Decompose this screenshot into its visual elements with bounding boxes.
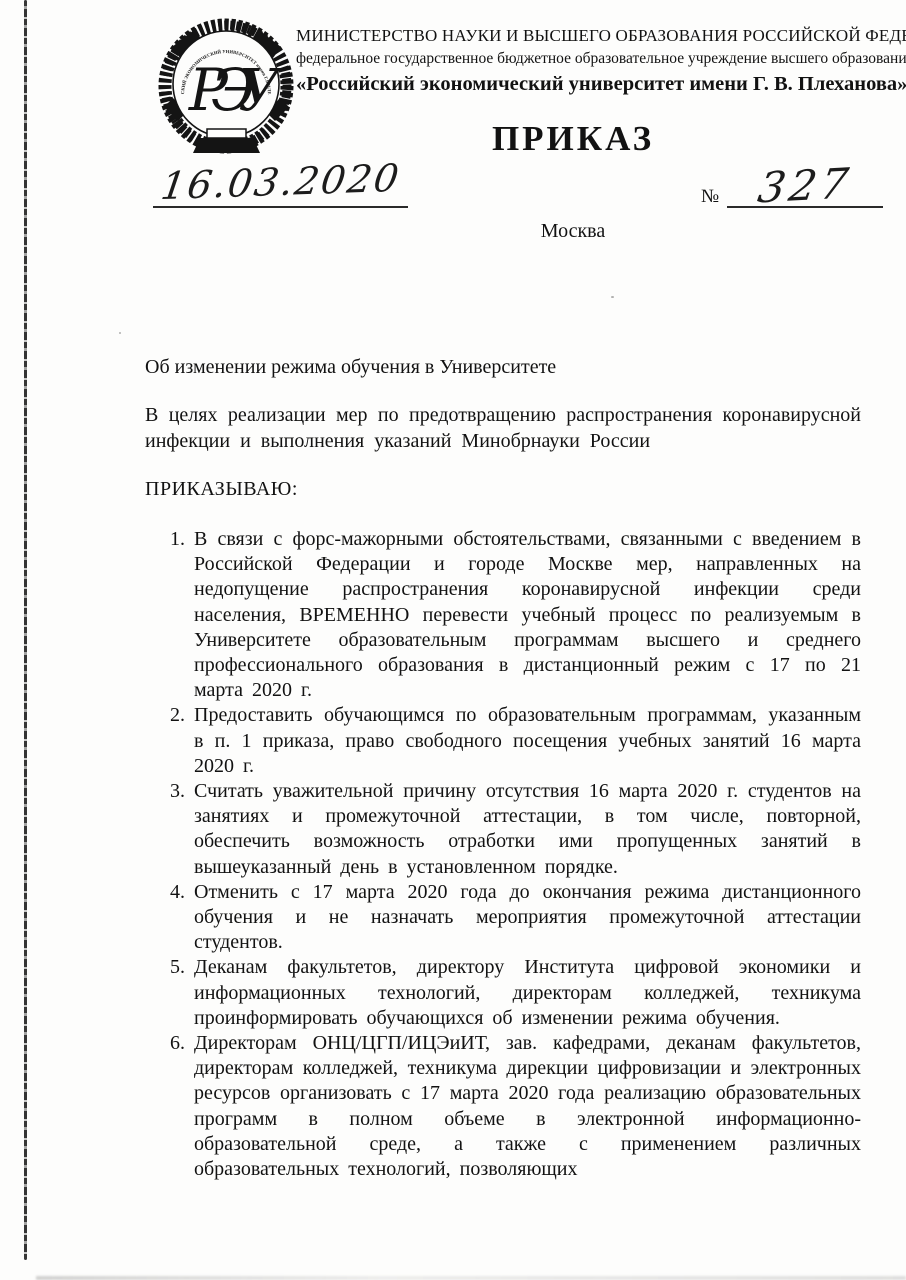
order-list: В связи с форс-мажорными обстоятельствам…	[145, 527, 861, 1182]
order-item-5: Деканам факультетов, директору Института…	[194, 955, 861, 1031]
scanned-order-page: РОССИЙСКИЙ ЭКОНОМИЧЕСКИЙ УНИВЕРСИТЕТ име…	[0, 0, 906, 1280]
university-name-line: «Российский экономический университет им…	[296, 73, 906, 96]
order-items-section: В связи с форс-мажорными обстоятельствам…	[145, 527, 861, 1182]
scan-bottom-artifact	[36, 1276, 906, 1280]
order-item-3: Считать уважительной причину отсутствия …	[194, 779, 861, 880]
preamble-text: В целях реализации мер по предотвращению…	[145, 403, 861, 454]
letterhead: МИНИСТЕРСТВО НАУКИ И ВЫСШЕГО ОБРАЗОВАНИЯ…	[296, 26, 906, 96]
order-item-2: Предоставить обучающимся по образователь…	[194, 703, 861, 779]
scan-speck	[119, 332, 121, 334]
handwritten-date: 16.03.2020	[158, 156, 403, 208]
ministry-line: МИНИСТЕРСТВО НАУКИ И ВЫСШЕГО ОБРАЗОВАНИЯ…	[296, 26, 906, 46]
institution-type-line: федеральное государственное бюджетное об…	[296, 50, 906, 68]
number-sign: №	[701, 186, 719, 208]
city-label: Москва	[240, 220, 906, 243]
subject-line: Об изменении режима обучения в Университ…	[145, 356, 861, 379]
scan-speck	[611, 296, 614, 298]
resolution-word: ПРИКАЗЫВАЮ:	[145, 478, 298, 501]
order-date-field: 16.03.2020	[153, 160, 408, 208]
handwritten-number: 327	[755, 159, 856, 213]
order-number-field: 327	[727, 161, 883, 208]
scan-edge-artifact	[24, 0, 27, 1260]
order-item-6: Директорам ОНЦ/ЦГП/ИЦЭиИТ, зав. кафедрам…	[194, 1031, 861, 1182]
order-item-4: Отменить с 17 марта 2020 года до окончан…	[194, 880, 861, 956]
order-item-1: В связи с форс-мажорными обстоятельствам…	[194, 527, 861, 703]
document-title: ПРИКАЗ	[240, 119, 906, 159]
